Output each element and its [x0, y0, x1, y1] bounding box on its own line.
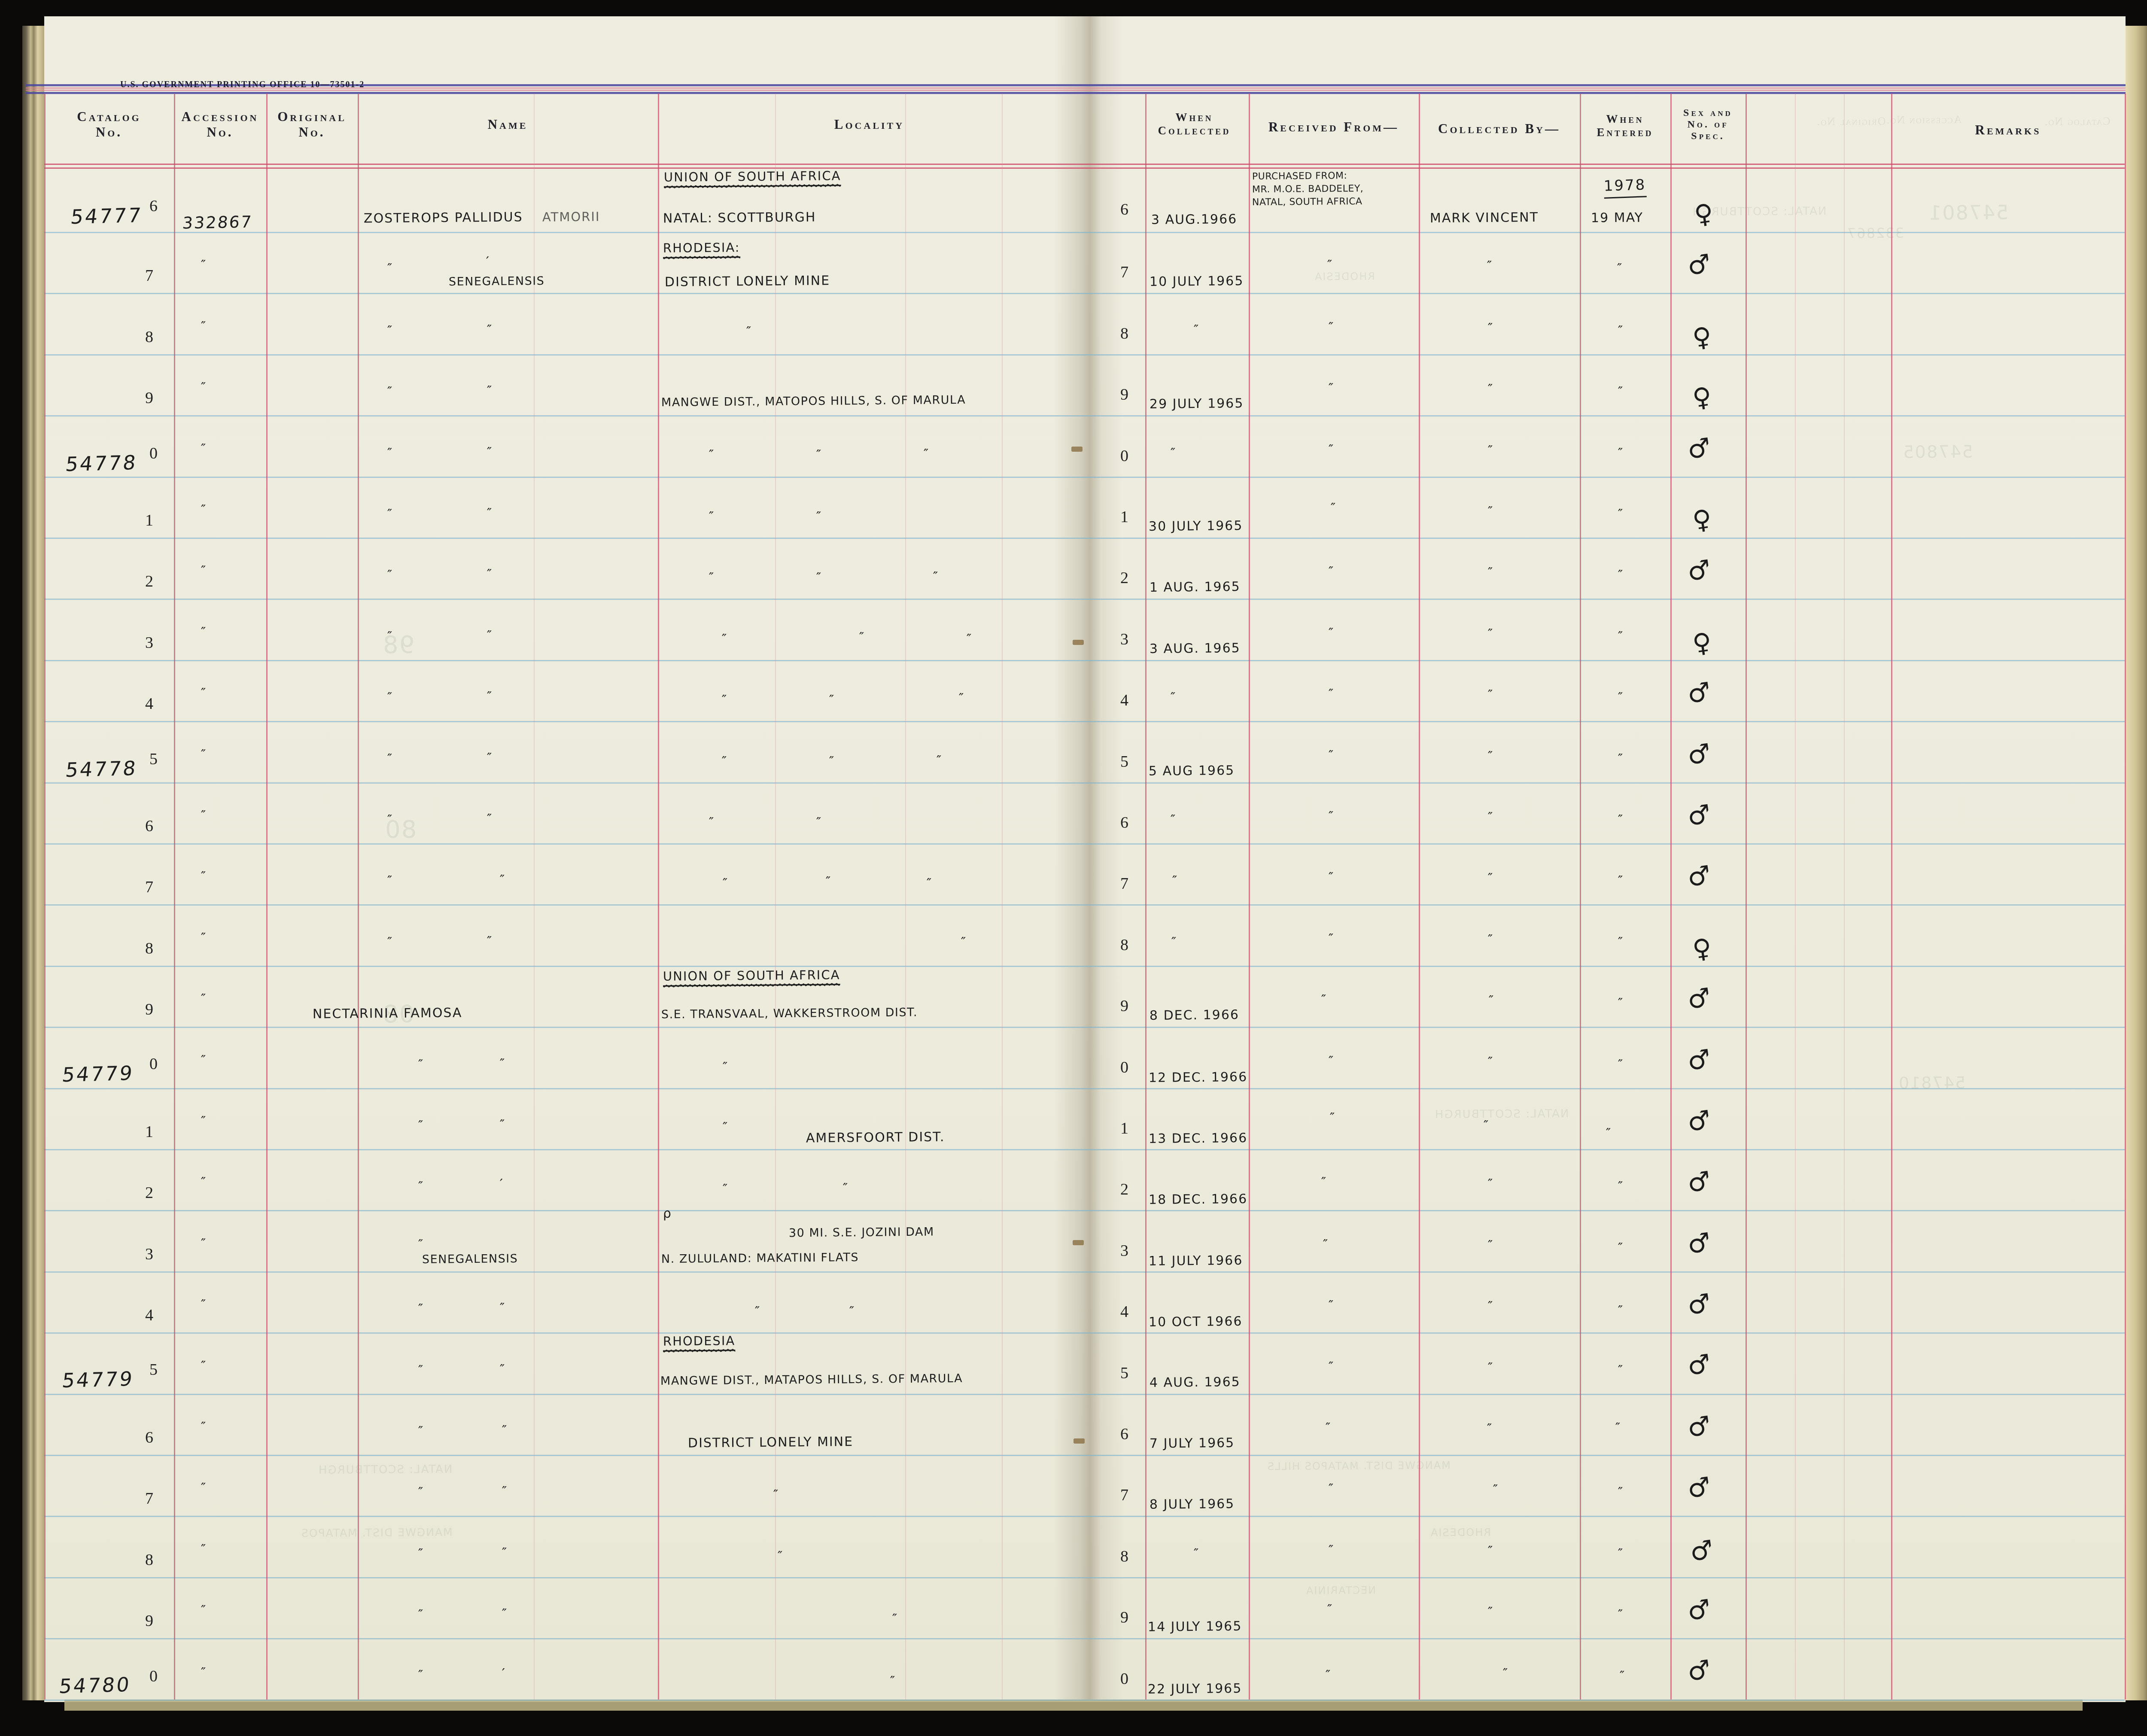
row-18-sex-symbol: ♂	[1685, 1227, 1712, 1260]
scanned-ledger-photo: U.S. GOVERNMENT PRINTING OFFICE 10—73501…	[0, 0, 2147, 1736]
row-2-locality: RHODESIA:	[663, 240, 740, 258]
row-9-catalog-number: 4	[145, 694, 153, 713]
row-1-received-from: PURCHASED FROM:	[1252, 170, 1347, 182]
top-rule-purple	[26, 92, 2126, 94]
row-rule-blue	[44, 1638, 2125, 1639]
row-14-locality: S.E. TRANSVAAL, WAKKERSTROOM DIST.	[661, 1006, 918, 1021]
stitch-mark	[1071, 447, 1083, 452]
column-rule-red	[174, 94, 175, 1700]
row-16-catalog-digit: 1	[1120, 1119, 1128, 1138]
row-12-catalog-digit: 7	[1120, 874, 1128, 893]
row-rule-blue	[44, 904, 2125, 906]
row-1-locality: NATAL: SCOTTBURGH	[663, 210, 816, 226]
row-8-catalog-digit: 3	[1120, 630, 1128, 649]
column-rule-red	[266, 94, 268, 1700]
bleed-through-text: NECTARINIA	[1305, 1584, 1376, 1596]
row-17-catalog-digit: 2	[1120, 1180, 1128, 1199]
row-1-date-entered: 19 MAY	[1591, 210, 1643, 225]
row-rule-blue	[44, 232, 2125, 233]
left-page-edges	[22, 26, 44, 1700]
row-16-catalog-number: 1	[145, 1122, 153, 1141]
row-18-locality: ρ	[663, 1206, 672, 1221]
row-23-sex-symbol: ♂	[1688, 1535, 1715, 1568]
col-header-catalog: CatalogNo.	[44, 109, 174, 140]
row-2-species-name: SENEGALENSIS	[449, 274, 545, 289]
row-19-catalog-digit: 4	[1120, 1302, 1128, 1321]
row-1-received-from: MR. M.O.E. BADDELEY,	[1252, 183, 1363, 195]
row-10-date-collected: 5 AUG 1965	[1149, 763, 1235, 779]
row-19-catalog-number: 4	[145, 1306, 153, 1325]
row-5-sex-symbol: ♂	[1685, 432, 1712, 465]
row-1-species-name: ZOSTEROPS PALLIDUS	[364, 210, 523, 226]
row-3-catalog-number: 8	[145, 328, 153, 347]
row-rule-blue	[44, 843, 2125, 845]
row-21-catalog-number: 6	[145, 1428, 153, 1447]
row-20-date-collected: 4 AUG. 1965	[1150, 1374, 1241, 1390]
row-22-catalog-digit: 7	[1120, 1486, 1128, 1505]
row-1-accession-number: 332867	[182, 213, 253, 233]
row-21-locality: DISTRICT LONELY MINE	[688, 1434, 853, 1450]
row-24-sex-symbol: ♂	[1685, 1594, 1712, 1627]
row-3-catalog-digit: 8	[1120, 324, 1128, 343]
row-24-catalog-number: 9	[145, 1611, 153, 1630]
row-21-catalog-digit: 6	[1120, 1425, 1128, 1444]
center-fold	[1054, 16, 1123, 1700]
row-rule-blue	[44, 721, 2125, 722]
row-4-catalog-number: 9	[145, 389, 153, 407]
row-24-catalog-digit: 9	[1120, 1608, 1128, 1627]
row-14-date-collected: 8 DEC. 1966	[1150, 1007, 1239, 1023]
bleed-through-text: 547810	[1898, 1073, 1965, 1092]
row-rule-blue	[44, 1455, 2125, 1456]
row-20-locality: RHODESIA	[663, 1333, 736, 1351]
column-rule-red	[44, 94, 46, 1700]
row-25-date-collected: 22 JULY 1965	[1148, 1681, 1242, 1697]
stitch-mark	[1073, 1438, 1085, 1444]
row-20-locality: MANGWE DIST., MATAPOS HILLS, S. OF MARUL…	[660, 1372, 963, 1388]
row-1-received-from: NATAL, SOUTH AFRICA	[1252, 196, 1362, 208]
row-7-date-collected: 1 AUG. 1965	[1150, 579, 1241, 595]
row-25-sex-symbol: ♂	[1685, 1654, 1712, 1687]
row-2-locality: DISTRICT LONELY MINE	[665, 273, 830, 289]
column-rule-faint	[534, 94, 535, 1700]
column-rule-red	[658, 94, 659, 1700]
row-20-catalog-digit: 5	[1120, 1364, 1128, 1383]
row-rule-blue	[44, 415, 2125, 417]
header-rule	[44, 167, 2125, 169]
row-18-locality: 30 MI. S.E. JOZINI DAM	[789, 1225, 934, 1240]
bleed-through-text: MANGWE DIST. MATAPOS	[301, 1526, 453, 1539]
row-18-species-name: SENEGALENSIS	[422, 1252, 518, 1266]
col-header-accession: AccessionNo.	[174, 109, 266, 140]
col-header-collected-by: Collected By—	[1419, 121, 1580, 137]
row-17-catalog-number: 2	[145, 1183, 153, 1202]
row-16-date-collected: 13 DEC. 1966	[1149, 1131, 1247, 1146]
row-1-species-name: ATMORII	[542, 209, 600, 224]
bleed-through-text: 547801	[1928, 201, 2009, 224]
row-2-catalog-digit: 7	[1120, 263, 1128, 282]
row-18-date-collected: 11 JULY 1966	[1149, 1253, 1243, 1269]
col-header-when-entered: WhenEntered	[1580, 112, 1670, 139]
column-rule-red	[1891, 94, 1892, 1700]
row-25-catalog-number: 54780	[58, 1673, 132, 1698]
row-1-collected-by: MARK VINCENT	[1430, 210, 1539, 226]
header-rule	[44, 164, 2125, 165]
row-1-catalog-number: 54777	[70, 204, 144, 228]
bleed-through-text: RHODESIA	[1314, 271, 1375, 283]
row-24-date-collected: 14 JULY 1965	[1148, 1619, 1242, 1635]
row-6-catalog-digit: 1	[1120, 508, 1128, 526]
row-rule-blue	[44, 1394, 2125, 1395]
bleed-through-text: NATAL: SCOTTBURGH	[1434, 1107, 1569, 1121]
row-rule-blue	[44, 1271, 2125, 1273]
row-rule-blue	[44, 1210, 2125, 1211]
row-rule-blue	[44, 1332, 2125, 1334]
row-6-catalog-number: 1	[145, 511, 153, 530]
row-7-catalog-number: 2	[145, 572, 153, 591]
row-14-locality: UNION OF SOUTH AFRICA	[663, 967, 840, 987]
row-12-catalog-number: 7	[145, 878, 153, 897]
row-18-catalog-digit: 3	[1120, 1241, 1128, 1260]
bleed-through-text: RHODESIA	[1430, 1526, 1491, 1539]
row-16-sex-symbol: ♂	[1685, 1105, 1712, 1138]
row-10-sex-symbol: ♂	[1685, 738, 1712, 771]
row-rule-blue	[44, 1577, 2125, 1578]
column-rule-red	[1580, 94, 1581, 1700]
row-4-catalog-digit: 9	[1120, 385, 1128, 404]
row-5-catalog-digit: 0	[1120, 447, 1128, 465]
row-1-date-entered: 1978	[1603, 176, 1646, 198]
column-rule-faint	[905, 94, 906, 1700]
row-rule-blue	[44, 1088, 2125, 1089]
row-rule-blue	[44, 293, 2125, 294]
row-rule-blue	[44, 1149, 2125, 1150]
row-5-catalog-number: 54778	[64, 451, 139, 476]
row-21-sex-symbol: ♂	[1685, 1411, 1712, 1444]
row-12-sex-symbol: ♂	[1685, 860, 1712, 893]
row-23-catalog-digit: 8	[1120, 1547, 1128, 1566]
row-25-catalog-number: 0	[149, 1667, 158, 1686]
row-11-catalog-digit: 6	[1120, 813, 1128, 832]
row-9-catalog-digit: 4	[1120, 691, 1128, 710]
column-rule-red	[358, 94, 359, 1700]
row-17-sex-symbol: ♂	[1685, 1166, 1712, 1199]
bleed-through-text: Original No.	[1816, 115, 1886, 128]
row-rule-blue	[44, 354, 2125, 356]
row-15-catalog-number: 0	[149, 1055, 158, 1073]
bleed-through-text: Catalog No.	[2044, 115, 2111, 128]
row-15-catalog-number: 54779	[61, 1061, 135, 1086]
bleed-through-text: 547805	[1902, 442, 1973, 462]
row-8-date-collected: 3 AUG. 1965	[1150, 641, 1241, 657]
column-rule-faint	[1795, 94, 1796, 1700]
row-11-catalog-number: 6	[145, 817, 153, 836]
row-22-sex-symbol: ♂	[1685, 1471, 1712, 1505]
row-2-sex-symbol: ♂	[1685, 249, 1712, 282]
row-rule-blue	[44, 966, 2125, 967]
row-rule-blue	[44, 538, 2125, 539]
row-5-catalog-number: 0	[149, 444, 158, 463]
row-rule-blue	[44, 599, 2125, 600]
row-7-sex-symbol: ♂	[1685, 554, 1712, 587]
column-rule-red	[1419, 94, 1420, 1700]
bleed-through-text: 332867	[1846, 225, 1904, 242]
column-rule-red	[1249, 94, 1250, 1700]
bleed-through-text: Accession No.	[1886, 113, 1962, 126]
row-rule-blue	[44, 660, 2125, 661]
row-rule-blue	[44, 1700, 2125, 1701]
row-8-catalog-number: 3	[145, 633, 153, 652]
stitch-mark	[1073, 640, 1084, 645]
row-13-catalog-digit: 8	[1120, 936, 1128, 955]
row-6-date-collected: 30 JULY 1965	[1149, 518, 1243, 534]
row-18-locality: N. ZULULAND: MAKATINI FLATS	[661, 1251, 859, 1266]
column-rule-red	[2125, 94, 2126, 1700]
row-14-catalog-digit: 9	[1120, 997, 1128, 1015]
row-1-date-collected: 3 AUG.1966	[1151, 212, 1238, 228]
row-20-catalog-number: 54779	[61, 1367, 135, 1392]
bleed-through-text: NATAL: SCOTTBURGH	[318, 1463, 453, 1477]
row-10-catalog-number: 54778	[64, 757, 139, 781]
col-header-name: Name	[358, 117, 658, 132]
row-25-catalog-digit: 0	[1120, 1669, 1128, 1688]
row-11-sex-symbol: ♂	[1685, 799, 1712, 832]
col-header-sex-spec: Sex andNo. ofSpec.	[1670, 107, 1746, 142]
col-header-when-collected: WhenCollected	[1140, 111, 1249, 137]
row-16-locality: AMERSFOORT DIST.	[806, 1130, 945, 1146]
right-page-edges	[2126, 26, 2147, 1700]
column-rule-red	[1670, 94, 1672, 1700]
row-13-catalog-number: 8	[145, 939, 153, 958]
row-19-date-collected: 10 OCT 1966	[1149, 1314, 1243, 1330]
row-2-catalog-number: 7	[145, 266, 153, 285]
row-4-locality: MANGWE DIST., MATOPOS HILLS, S. OF MARUL…	[661, 393, 966, 409]
top-rule-pink	[26, 90, 2126, 91]
printing-office-imprint: U.S. GOVERNMENT PRINTING OFFICE 10—73501…	[120, 80, 365, 90]
row-1-catalog-digit: 6	[1120, 200, 1128, 219]
row-rule-blue	[44, 1516, 2125, 1517]
row-15-catalog-digit: 0	[1120, 1058, 1128, 1077]
row-14-sex-symbol: ♂	[1685, 982, 1712, 1015]
row-22-catalog-number: 7	[145, 1489, 153, 1508]
column-rule-faint	[1844, 94, 1845, 1700]
row-20-sex-symbol: ♂	[1685, 1349, 1712, 1382]
row-21-date-collected: 7 JULY 1965	[1150, 1435, 1235, 1451]
row-15-sex-symbol: ♂	[1685, 1044, 1712, 1077]
column-rule-faint	[775, 94, 776, 1700]
stitch-mark	[1073, 1240, 1084, 1245]
bottom-page-edge	[64, 1700, 2083, 1711]
bleed-through-text: MANGWE DIST. MATAPOS HILLS	[1267, 1459, 1451, 1473]
row-18-catalog-number: 3	[145, 1245, 153, 1264]
col-header-locality: Locality	[658, 117, 1081, 132]
row-9-sex-symbol: ♂	[1685, 677, 1712, 710]
row-14-species-name: NECTARINIA FAMOSA	[313, 1005, 462, 1022]
row-rule-blue	[44, 477, 2125, 478]
row-1-locality: UNION OF SOUTH AFRICA	[664, 168, 841, 188]
col-header-received-from: Received From—	[1249, 119, 1419, 135]
column-rule-red	[1746, 94, 1747, 1700]
row-23-catalog-number: 8	[145, 1551, 153, 1569]
col-header-original: OriginalNo.	[266, 109, 358, 140]
row-14-catalog-number: 9	[145, 1000, 153, 1019]
row-10-catalog-digit: 5	[1120, 752, 1128, 771]
row-rule-blue	[44, 782, 2125, 784]
row-2-date-collected: 10 JULY 1965	[1150, 274, 1244, 289]
column-rule-faint	[1002, 94, 1003, 1700]
row-22-date-collected: 8 JULY 1965	[1150, 1496, 1235, 1512]
row-10-catalog-number: 5	[149, 750, 158, 769]
column-rule-red	[1145, 94, 1146, 1700]
row-4-date-collected: 29 JULY 1965	[1150, 396, 1244, 412]
row-rule-blue	[44, 1027, 2125, 1028]
row-20-catalog-number: 5	[149, 1360, 158, 1379]
row-7-catalog-digit: 2	[1120, 569, 1128, 587]
row-19-sex-symbol: ♂	[1685, 1288, 1712, 1321]
row-1-catalog-number: 6	[149, 197, 158, 216]
row-15-date-collected: 12 DEC. 1966	[1149, 1070, 1247, 1085]
row-17-date-collected: 18 DEC. 1966	[1149, 1192, 1247, 1207]
